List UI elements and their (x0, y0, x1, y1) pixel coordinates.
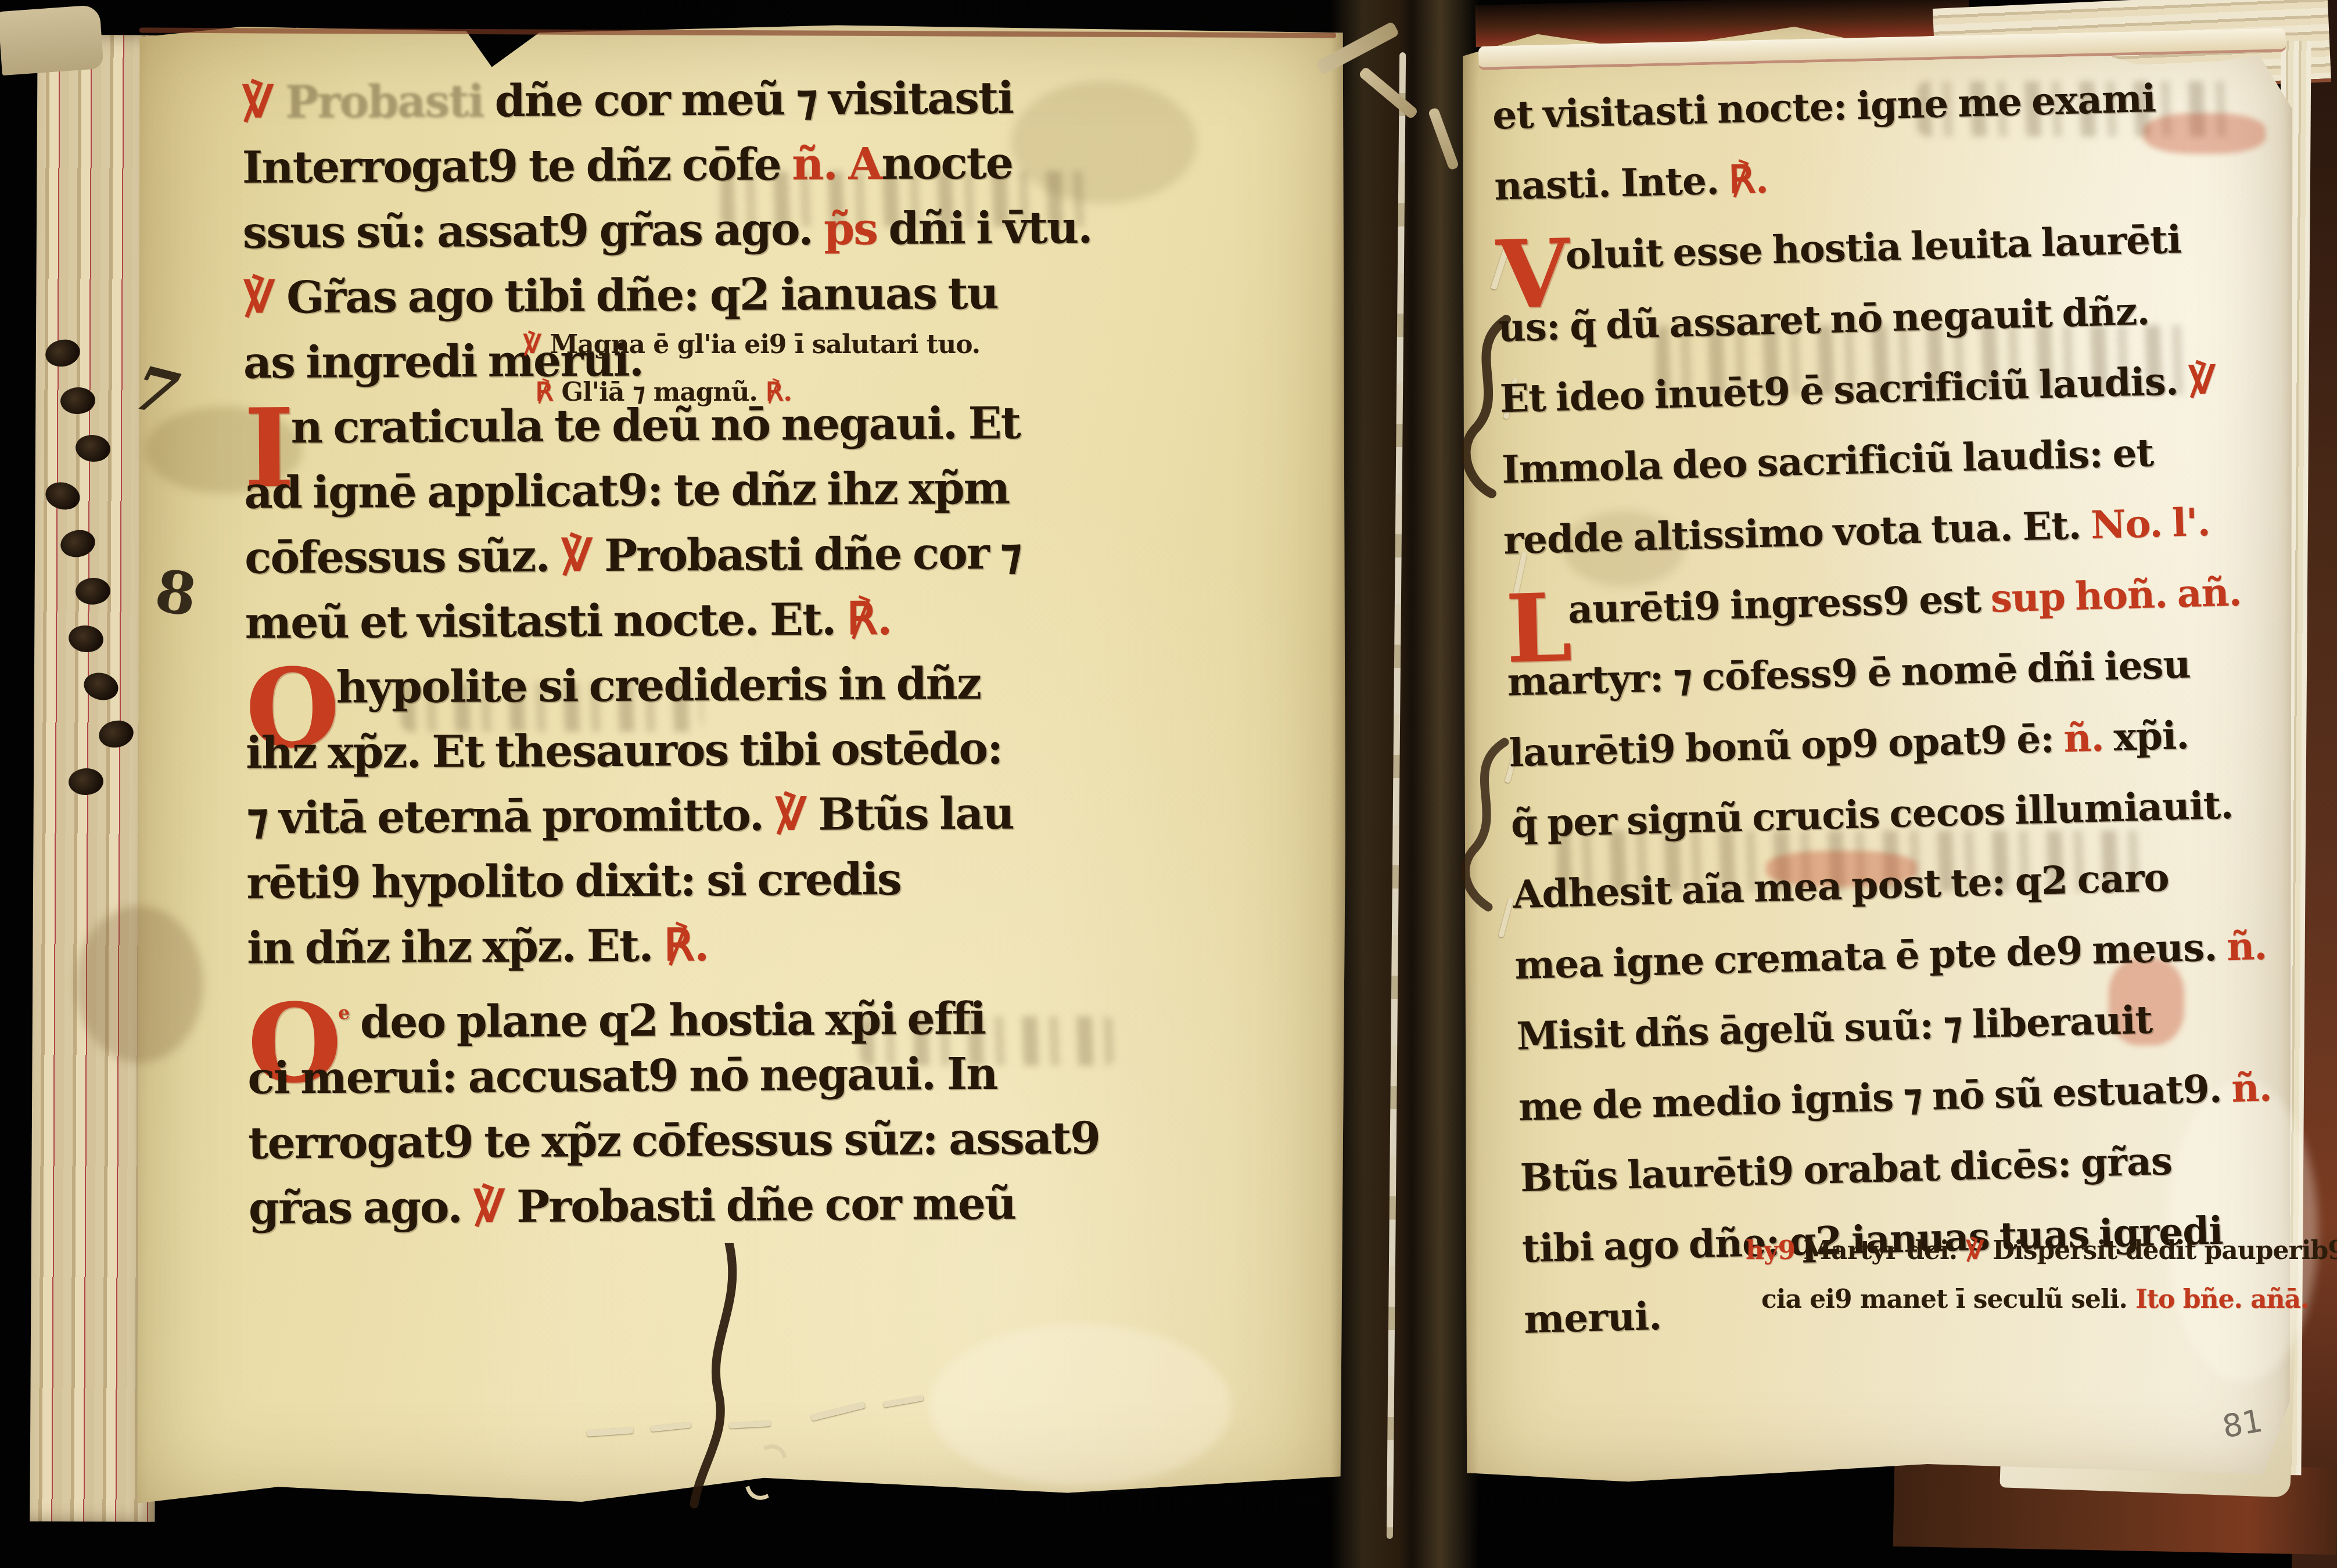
body-text: ihz xp̃z. Et thesauros tibi ostēdo: (246, 722, 1003, 779)
body-text: hypolite si credideris in dñz (336, 657, 981, 713)
text-line: ci merui: accusat9 nō negaui. In (247, 1040, 1166, 1111)
interlinear-rubric-line: ℟ Gl'iā ⁊ magnũ. ℟. (536, 377, 792, 407)
body-text: Probasti dñe cor ⁊ (604, 527, 1022, 581)
descender-flourish (688, 1243, 758, 1510)
body-text: dñe cor meũ ⁊ visitasti (494, 72, 1013, 127)
body-text: nocte (881, 137, 1013, 189)
rubric-text: ℟. (664, 919, 709, 971)
body-text: oluit esse hostia leuita laurēti (1565, 217, 2182, 278)
body-text: cōfessus sũz. (245, 530, 561, 584)
rubric-text: e (338, 1002, 349, 1024)
body-text: Btũs lau (818, 787, 1014, 840)
rubric-text: ℣ (523, 330, 550, 359)
text-line: ssus sũ: assat9 gr̃as ago. p̃s dñi i v̄t… (242, 195, 1161, 265)
body-text: nasti. Inte. (1494, 157, 1729, 209)
body-text: in dñz ihz xp̃z. Et. (247, 919, 664, 973)
rubric-text: ℟. (1728, 156, 1769, 203)
body-text: Interrogat9 te dñz cōfe (242, 138, 792, 193)
pencil-folio-number: 81 (2220, 1402, 2266, 1445)
body-text: Probasti (274, 75, 494, 128)
body-text: Misit dñs āgelũ suũ: ⁊ liberauit (1516, 997, 2153, 1059)
body-text: Probasti dñe cor meũ (516, 1178, 1016, 1232)
rubric-text: ℟. (758, 377, 792, 407)
body-text: terrogat9 te xp̃z cōfessus sũz: assat9 (248, 1112, 1100, 1169)
rubric-text: Ito bñe. añā. (2135, 1285, 2309, 1314)
interlinear-rubric-line: hy9 Martyr dei. ℣ Dispersit dedit pauper… (1746, 1236, 2337, 1265)
body-text: et visitasti nocte: igne me exami (1492, 75, 2156, 138)
rubric-text: ℟. (847, 593, 892, 645)
body-text: ad ignē applicat9: te dñz ihz xp̃m (244, 462, 1009, 519)
body-text: Dispersit dedit pauperib9. (1993, 1236, 2337, 1265)
right-page-text: et visitasti nocte: igne me examinasti. … (1491, 60, 2297, 1355)
rubric-text: ñ. A (792, 138, 882, 190)
rubric-text: hy9 (1746, 1236, 1804, 1265)
rubric-text: p̃s (824, 203, 889, 255)
text-line: ad ignē applicat9: te dñz ihz xp̃m (244, 455, 1162, 526)
rubric-text: ℣ (473, 1181, 516, 1232)
rubric-text: ñ. (2226, 923, 2267, 969)
body-text: meũ et visitasti nocte. Et. (245, 593, 847, 648)
body-text: dñi i v̄tu. (888, 202, 1092, 254)
body-text: Adhesit aĩa mea post te: q2 caro (1512, 855, 2169, 918)
body-text: Gl'iā ⁊ magnũ. (562, 377, 758, 407)
body-text: me de medio ignis ⁊ nō sũ estuat9. (1518, 1066, 2232, 1130)
text-line: rēti9 hypolito dixit: si credis (246, 845, 1165, 916)
body-text: us: q̃ dũ assaret nō negauit dñz. (1498, 288, 2150, 350)
body-text: xp̃i. (2113, 713, 2189, 760)
interlinear-rubric-line: cia ei9 manet ī seculũ seli. Ito bñe. añ… (1761, 1285, 2309, 1314)
text-line: gr̃as ago. ℣ Probasti dñe cor meũ (248, 1170, 1166, 1241)
stain (76, 906, 203, 1063)
interlinear-rubric-line: ℣ Magna ē gl'ia ei9 ī salutari tuo. (523, 330, 980, 359)
text-line: in dñz ihz xp̃z. Et. ℟. (247, 910, 1165, 981)
text-line: ihz xp̃z. Et thesauros tibi ostēdo: (246, 715, 1164, 786)
text-line: Oe deo plane q2 hostia xp̃i effi (247, 975, 1165, 1046)
text-line: Interrogat9 te dñz cōfe ñ. Anocte (242, 130, 1161, 200)
body-text: Btũs laurēti9 orabat dicēs: gr̃as (1520, 1138, 2173, 1200)
text-line: meũ et visitasti nocte. Et. ℟. (245, 585, 1163, 656)
body-text: redde altissimo vota tua. Et. (1503, 502, 2091, 563)
rubric-text: No. l'. (2090, 499, 2210, 548)
text-line: terrogat9 te xp̃z cōfessus sũz: assat9 (248, 1105, 1166, 1176)
body-text: cia ei9 manet ī seculũ seli. (1761, 1285, 2135, 1314)
body-text: ci merui: accusat9 nō negaui. In (247, 1048, 997, 1104)
manuscript-photo: ℣ Probasti dñe cor meũ ⁊ visitastiInterr… (0, 0, 2337, 1568)
body-text: deo plane q2 hostia xp̃i effi (349, 992, 985, 1048)
margin-swash (1452, 738, 1510, 912)
rubric-text: ℣ (243, 271, 286, 323)
body-text: Gr̃as ago tibi dñe: q2 ianuas tu (286, 267, 998, 323)
rubric-text: ℣ (242, 77, 274, 128)
body-text: ssus sũ: assat9 gr̃as ago. (242, 203, 824, 258)
rubric-text: ℣ (1965, 1236, 1993, 1265)
rubric-text: ℣ (2188, 357, 2217, 403)
text-line: cōfessus sũz. ℣ Probasti dñe cor ⁊ (245, 520, 1163, 591)
body-text: Martyr dei. (1804, 1236, 1966, 1265)
body-text: ⁊ vitā eternā promitto. (246, 789, 774, 844)
body-text: Et ideo inuēt9 ē sacrificiũ laudis. (1499, 358, 2189, 422)
parchment-tab (0, 5, 104, 75)
body-text: mea igne cremata ē pte de9 meus. (1514, 924, 2227, 988)
text-line: ℣ Gr̃as ago tibi dñe: q2 ianuas tu (243, 260, 1161, 330)
body-text: gr̃as ago. (249, 1181, 473, 1233)
rubric-text: ℣ (774, 789, 818, 840)
body-text: Magna ē gl'ia ei9 ī salutari tuo. (550, 330, 981, 359)
rubric-text: ñ. (2063, 714, 2114, 761)
rubric-text: ℟ (536, 377, 562, 407)
text-line: ℣ Probasti dñe cor meũ ⁊ visitasti (242, 64, 1160, 135)
body-text: rēti9 hypolito dixit: si credis (246, 853, 901, 909)
rubric-text: sup hoñ. añ. (1990, 569, 2242, 621)
body-text: laurēti9 bonũ op9 opat9 ē: (1509, 715, 2065, 775)
body-text: merui. (1523, 1293, 1662, 1342)
body-text: Immola deo sacrificiũ laudis: et (1501, 430, 2154, 492)
text-line: ⁊ vitā eternā promitto. ℣ Btũs lau (246, 780, 1164, 851)
left-page-text: ℣ Probasti dñe cor meũ ⁊ visitastiInterr… (242, 64, 1166, 1241)
stain (929, 1324, 1232, 1487)
body-text: aurēti9 ingress9 est (1567, 576, 1991, 632)
rubric-text: ñ. (2231, 1064, 2272, 1111)
text-line: Ohypolite si credideris in dñz (245, 650, 1164, 721)
body-text: martyr: ⁊ cōfess9 ē nomē dñi iesu (1507, 642, 2191, 705)
body-text: q̃ per signũ crucis cecos illumiauit. (1510, 782, 2234, 847)
rubric-text: ℣ (561, 530, 604, 581)
